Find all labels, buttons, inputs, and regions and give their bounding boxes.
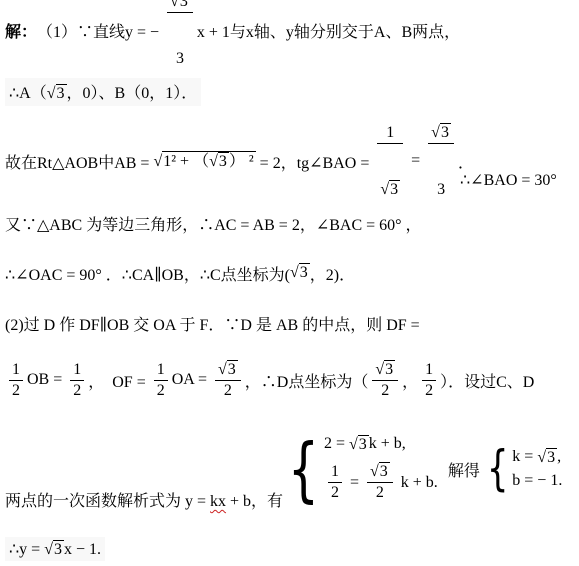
text-run: ）．设过C、D <box>440 369 534 392</box>
text-run: k + b, <box>369 435 406 453</box>
text-run: ， OF = <box>88 369 149 392</box>
fraction: 12 <box>422 360 436 401</box>
conclusion-angle-bao: ∴∠BAO = 30° <box>460 168 557 192</box>
text-run: OB = <box>27 371 66 389</box>
text-run: 两点的一次函数解析式为 y = kx + b，有 <box>5 488 283 516</box>
text-run: x + 1与x轴、y轴分别交于A、B两点， <box>197 19 460 42</box>
denominator: 2 <box>154 381 168 401</box>
solution-line-5: ∴∠OAC = 90° ．∴CA∥OB，∴C点坐标为( √3 ，2)． <box>5 260 355 286</box>
text-run: ， <box>402 369 418 392</box>
solution-b: b = − 1. <box>512 472 562 490</box>
text-run: + b，有 <box>226 493 283 510</box>
text-run: 故在Rt△AOB中AB = <box>5 150 153 173</box>
sqrt-sign: √ <box>44 541 53 558</box>
radicand: 3 <box>384 360 395 379</box>
text-run: ） ² <box>229 153 254 170</box>
numerator: √3 <box>372 360 398 381</box>
numerator: √3 <box>167 0 193 13</box>
text-run: 又∵△ABC 为等边三角形，∴AC = AB = 2，∠BAC = 60° ， <box>5 212 422 235</box>
radicand: 3 <box>53 540 64 559</box>
fraction: 12 <box>154 360 168 401</box>
equation-1: 2 = √3k + b, <box>324 435 438 454</box>
fraction: 12 <box>70 360 84 401</box>
sqrt-expression: √3 <box>349 435 369 454</box>
denominator: 3 <box>167 49 193 69</box>
text-run: ，∴D点坐标为（ <box>245 369 369 392</box>
text-run: ∴A（ <box>9 85 47 102</box>
denominator: 2 <box>70 381 84 401</box>
numerator: √3 <box>367 462 393 483</box>
solution-line-3: 故在Rt△AOB中AB = √1² + （√3） ² = 2，tg∠BAO = … <box>5 132 474 190</box>
radicand: 3 <box>227 360 238 379</box>
solution-label: 解： <box>5 19 37 42</box>
sqrt-expression: √1² + （√3） ² <box>153 151 255 171</box>
fraction: √32 <box>215 360 241 401</box>
radicand: 3 <box>546 448 557 467</box>
radicand: 3 <box>389 180 400 199</box>
denominator: 2 <box>9 381 23 401</box>
sqrt-expression: √3 <box>209 153 229 170</box>
denominator: 2 <box>328 483 342 503</box>
fraction: 12 <box>328 462 342 503</box>
fraction: √3 3 <box>428 87 454 236</box>
sqrt-sign: √ <box>47 85 56 102</box>
text-run: = <box>346 474 363 492</box>
sqrt-sign: √ <box>209 153 218 170</box>
text-run: ∴∠BAO = 30° <box>460 170 557 190</box>
numerator: 1 <box>70 360 84 381</box>
numerator: √3 <box>215 360 241 381</box>
radicand: 3 <box>379 462 390 481</box>
solution-line-1: 解： （1）∵直线y = − √3 3 x + 1与x轴、y轴分别交于A、B两点… <box>5 6 460 54</box>
sqrt-expression: √3 <box>431 124 451 141</box>
text-run: (2)过 D 作 DF∥OB 交 OA 于 F．∵D 是 AB 的中点，则 DF… <box>5 312 420 335</box>
text-run: （1）∵直线y = − <box>37 19 163 42</box>
highlighted-run: ∴y = √3x − 1. <box>5 537 105 561</box>
solution-line-7: 12 OB = 12 ， OF = 12 OA = √32 ，∴D点坐标为（ √… <box>5 352 534 408</box>
sqrt-expression: √3 <box>218 361 238 378</box>
solution-system: k = √3, b = − 1. <box>512 448 562 490</box>
sqrt-sign: √ <box>290 264 299 281</box>
text-run: ∴∠OAC = 90° ．∴CA∥OB，∴C点坐标为( <box>5 262 290 285</box>
denominator: 2 <box>372 381 398 401</box>
numerator: 1 <box>9 360 23 381</box>
sqrt-sign: √ <box>380 181 389 198</box>
text-run: k + b. <box>397 474 438 492</box>
text-run: = <box>407 152 424 170</box>
solution-line-8: 两点的一次函数解析式为 y = kx + b，有 { 2 = √3k + b, … <box>5 422 562 516</box>
left-brace-icon: { <box>487 447 509 490</box>
math-solution-document: 解： （1）∵直线y = − √3 3 x + 1与x轴、y轴分别交于A、B两点… <box>0 0 579 566</box>
text-run: x − 1. <box>64 541 101 558</box>
sqrt-expression: √3 <box>370 463 390 480</box>
fraction: √32 <box>372 360 398 401</box>
sqrt-sign: √ <box>349 436 358 453</box>
text-run: ，0）、B（0，1）． <box>67 85 198 102</box>
equation-system: 2 = √3k + b, 12 = √32 k + b. <box>324 435 438 503</box>
sqrt-expression: √3 <box>47 85 67 102</box>
numerator: 1 <box>154 360 168 381</box>
radicand: 3 <box>56 84 67 103</box>
text-run: , <box>557 448 561 466</box>
text-run: k = <box>512 448 537 466</box>
sqrt-sign: √ <box>537 449 546 466</box>
solution-line-2: ∴A（√3，0）、B（0，1）． <box>5 78 201 106</box>
denominator: 2 <box>215 381 241 401</box>
sqrt-sign: √ <box>170 0 179 10</box>
solve-label: 解得 <box>448 458 480 481</box>
text-run: 2 = <box>324 435 349 453</box>
text-run: OA = <box>172 371 211 389</box>
highlighted-run: ∴A（√3，0）、B（0，1）． <box>5 78 201 105</box>
solution-k: k = √3, <box>512 448 562 467</box>
solution-line-6: (2)过 D 作 DF∥OB 交 OA 于 F．∵D 是 AB 的中点，则 DF… <box>5 310 420 336</box>
sqrt-expression: √3 <box>375 361 395 378</box>
sqrt-sign: √ <box>370 463 379 480</box>
solution-line-4: 又∵△ABC 为等边三角形，∴AC = AB = 2，∠BAC = 60° ， <box>5 210 422 236</box>
numerator: 1 <box>377 123 403 144</box>
fraction: 12 <box>9 360 23 401</box>
sqrt-expression: √3 <box>290 263 310 282</box>
denominator: 2 <box>422 381 436 401</box>
sqrt-expression: √3 <box>537 448 557 467</box>
text-run: b = − 1. <box>512 472 562 490</box>
sqrt-sign: √ <box>375 361 384 378</box>
sqrt-sign: √ <box>431 124 440 141</box>
radicand: 1² + （√3） ² <box>162 151 255 171</box>
sqrt-expression: √3 <box>44 541 64 558</box>
numerator: 1 <box>328 462 342 483</box>
equation-2: 12 = √32 k + b. <box>324 462 438 503</box>
text-run: ，2)． <box>310 262 355 285</box>
denominator: 2 <box>367 483 393 503</box>
text-run: 两点的一次函数解析式为 y = <box>5 493 210 510</box>
radicand: 3 <box>218 152 229 171</box>
sqrt-sign: √ <box>218 361 227 378</box>
text-run: 1² + （ <box>163 153 209 170</box>
sqrt-expression: √3 <box>380 181 400 198</box>
fraction: √32 <box>367 462 393 503</box>
text-run: = 2，tg∠BAO = <box>256 150 374 173</box>
radicand: 3 <box>299 263 310 282</box>
denominator: √3 <box>377 180 403 200</box>
text-run: ∴y = <box>9 541 44 558</box>
radicand: 3 <box>440 123 451 142</box>
numerator: √3 <box>428 123 454 144</box>
left-brace-icon: { <box>288 437 319 501</box>
radicand: 3 <box>358 435 369 454</box>
solution-line-9: ∴y = √3x − 1. <box>5 536 105 562</box>
numerator: 1 <box>422 360 436 381</box>
sqrt-sign: √ <box>153 153 162 170</box>
kx-term-spellcheck: kx <box>210 493 226 510</box>
sqrt-expression: √3 <box>170 0 190 10</box>
denominator: 3 <box>428 180 454 200</box>
radicand: 3 <box>179 0 190 11</box>
